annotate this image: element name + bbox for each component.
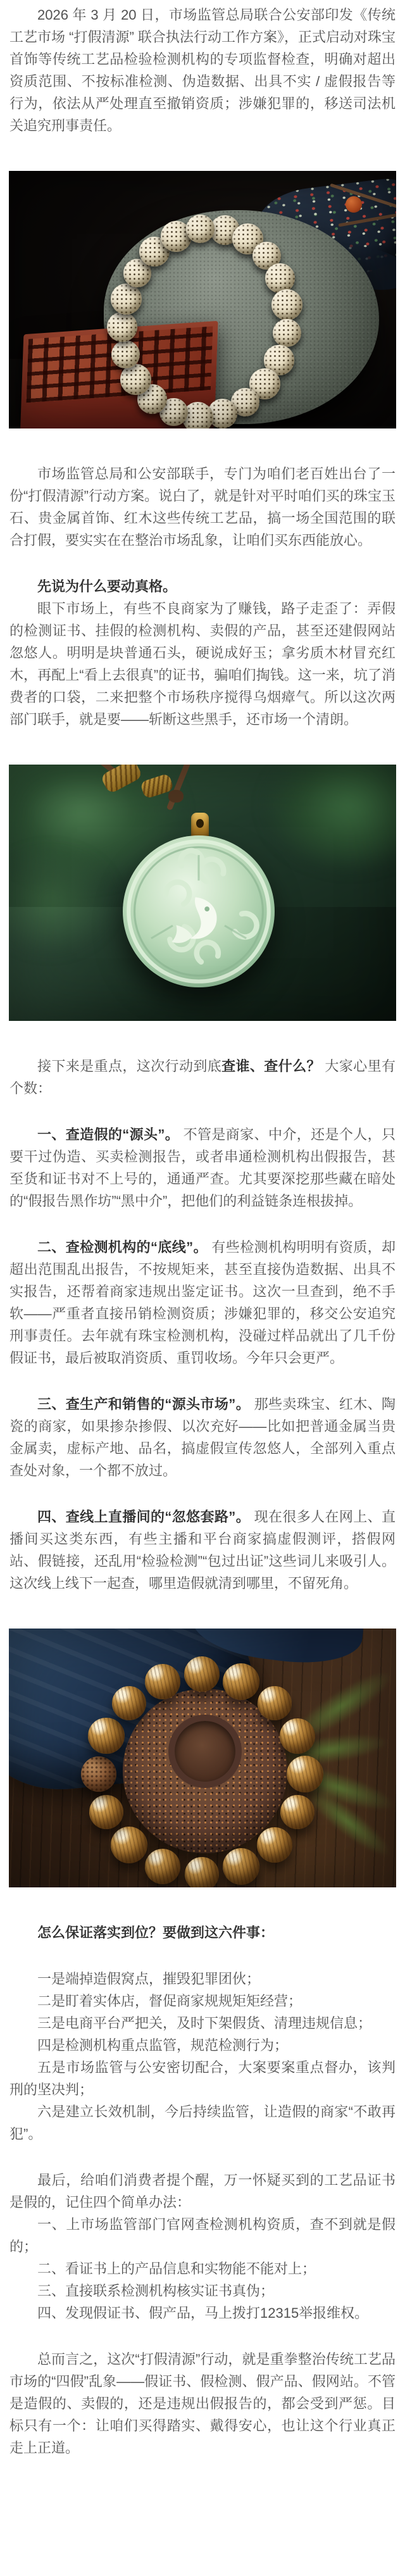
wood-bead xyxy=(280,1795,315,1829)
text-run: 眼下市场上，有些不良商家为了赚钱，路子走歪了：弄假的检测证书、挂假的检测机构、卖… xyxy=(9,601,396,727)
consumer-tips-intro: 最后，给咱们消费者提个醒，万一怀疑买到的工艺品证书是假的，记住四个简单办法： xyxy=(9,2169,396,2213)
bodhi-bead xyxy=(271,289,302,320)
intro-paragraph: 2026 年 3 月 20 日，市场监管总局联合公安部印发《传统工艺市场 “打假… xyxy=(9,4,396,137)
plan-summary-paragraph: 市场监管总局和公安部联手，专门为咱们老百姓出台了一份“打假清源”行动方案。说白了… xyxy=(9,463,396,551)
tip-item-2: 二、看证书上的产品信息和实物能不能对上； xyxy=(9,2258,396,2280)
article-body: 2026 年 3 月 20 日，市场监管总局联合公安部印发《传统工艺市场 “打假… xyxy=(0,0,405,2459)
closing-paragraph: 总而言之，这次“打假清源”行动，就是重拳整治传统工艺品市场的“四假”乱象——假证… xyxy=(9,2348,396,2459)
text-run: 市场监管总局和公安部联手，专门为咱们老百姓出台了一份“打假清源”行动方案。说白了… xyxy=(9,466,396,548)
jade-pendant xyxy=(123,835,275,987)
bodhi-bead xyxy=(111,341,140,369)
measure-item-6: 六是建立长效机制，今后持续监管，让造假的商家“不敢再犯”。 xyxy=(9,2101,396,2145)
wood-bead xyxy=(258,1686,292,1720)
moss-blur xyxy=(262,765,396,872)
text-run: 五是市场监管与公安密切配合，大案要案重点督办，该判刑的坚决判； xyxy=(9,2060,396,2098)
wood-bead xyxy=(223,1848,259,1885)
wood-bead xyxy=(145,1664,180,1699)
text-run: 最后，给咱们消费者提个醒，万一怀疑买到的工艺品证书是假的，记住四个简单办法： xyxy=(9,2172,396,2210)
text-group-why: 市场监管总局和公安部联手，专门为咱们老百姓出台了一份“打假清源”行动方案。说白了… xyxy=(0,463,405,730)
section-heading-why: 先说为什么要动真格。 xyxy=(9,575,396,597)
target-4-paragraph: 四、查线上直播间的“忽悠套路”。 现在很多人在网上、直播间买这类东西，有些主播和… xyxy=(9,1506,396,1594)
bold-text: 怎么保证落实到位？要做到这六件事： xyxy=(37,1925,274,1941)
text-run: 总而言之，这次“打假清源”行动，就是重拳整治传统工艺品市场的“四假”乱象——假证… xyxy=(9,2351,396,2456)
focus-intro-paragraph: 接下来是重点，这次行动到底查谁、查什么？ 大家心里有个数： xyxy=(9,1055,396,1099)
wood-bead xyxy=(223,1663,259,1700)
measure-item-3: 三是电商平台严把关，及时下架假货、清理违规信息； xyxy=(9,2012,396,2034)
text-group-measures: 怎么保证落实到位？要做到这六件事：一是端掉造假窝点，摧毁犯罪团伙；二是盯着实体店… xyxy=(0,1922,405,2459)
measure-item-2: 二是盯着实体店，督促商家规规矩矩经营； xyxy=(9,1990,396,2012)
text-run: 六是建立长效机制，今后持续监管，让造假的商家“不敢再犯”。 xyxy=(9,2104,396,2142)
bodhi-bead xyxy=(120,364,151,395)
wood-bead xyxy=(88,1718,125,1754)
section-heading-how: 怎么保证落实到位？要做到这六件事： xyxy=(9,1922,396,1944)
bold-text: 三、查生产和销售的“源头市场”。 xyxy=(37,1396,250,1412)
wood-bead xyxy=(287,1756,323,1792)
text-run: 三、直接联系检测机构核实证书真伪； xyxy=(37,2283,274,2299)
target-1-paragraph: 一、查造假的“源头”。 不管是商家、中介，还是个人，只要干过伪造、买卖检测报告，… xyxy=(9,1123,396,1212)
photo-wood-bracelet[interactable] xyxy=(9,1629,396,1887)
wood-bead xyxy=(112,1686,146,1720)
bodhi-bead xyxy=(265,263,295,293)
bodhi-bead xyxy=(186,215,215,243)
text-run: 四是检测机构重点监管，规范检测行为； xyxy=(37,2037,288,2053)
bold-text: 一、查造假的“源头”。 xyxy=(37,1127,179,1142)
why-paragraph: 眼下市场上，有些不良商家为了赚钱，路子走歪了：弄假的检测证书、挂假的检测机构、卖… xyxy=(9,597,396,730)
wood-bead xyxy=(81,1756,116,1792)
tip-item-3: 三、直接联系检测机构核实证书真伪； xyxy=(9,2280,396,2302)
target-3-paragraph: 三、查生产和销售的“源头市场”。 那些卖珠宝、红木、陶瓷的商家，如果掺杂掺假、以… xyxy=(9,1393,396,1482)
text-run: 三是电商平台严把关，及时下架假货、清理违规信息； xyxy=(37,2015,371,2031)
wood-bead xyxy=(145,1849,180,1884)
bold-text: 查谁、查什么？ xyxy=(221,1058,321,1074)
target-2-paragraph: 二、查检测机构的“底线”。 有些检测机构明明有资质，却超出范围乱出报告，不按规矩… xyxy=(9,1236,396,1369)
measure-item-5: 五是市场监管与公安密切配合，大案要案重点督办，该判刑的坚决判； xyxy=(9,2056,396,2101)
wood-bead-ring xyxy=(9,1629,396,1887)
text-group-intro: 2026 年 3 月 20 日，市场监管总局联合公安部印发《传统工艺市场 “打假… xyxy=(0,4,405,137)
text-run: 二是盯着实体店，督促商家规规矩矩经营； xyxy=(37,1993,302,2009)
text-run: 四、发现假证书、假产品，马上拨打12315举报维权。 xyxy=(37,2305,368,2321)
wood-bead xyxy=(89,1795,123,1829)
wood-bead xyxy=(184,1656,220,1692)
jade-carving xyxy=(123,835,275,987)
bold-text: 二、查检测机构的“底线”。 xyxy=(37,1239,208,1255)
bodhi-bead xyxy=(273,319,301,347)
text-run: 一、上市场监管部门官网查检测机构资质，查不到就是假的； xyxy=(9,2216,396,2254)
article-page: 2026 年 3 月 20 日，市场监管总局联合公安部印发《传统工艺市场 “打假… xyxy=(0,0,405,2576)
wood-bead xyxy=(185,1857,219,1887)
photo-jade-pendant[interactable] xyxy=(9,765,396,1021)
text-run: 有些检测机构明明有资质，却超出范围乱出报告，不按规矩来，甚至直接伪造数据、出具不… xyxy=(9,1239,396,1366)
photo-bodhi-bracelet[interactable] xyxy=(9,171,396,428)
text-group-targets: 接下来是重点，这次行动到底查谁、查什么？ 大家心里有个数：一、查造假的“源头”。… xyxy=(0,1055,405,1594)
bodhi-bead xyxy=(107,312,137,342)
bodhi-bead-ring xyxy=(9,171,396,428)
tip-item-4: 四、发现假证书、假产品，马上拨打12315举报维权。 xyxy=(9,2302,396,2324)
cord-knot xyxy=(168,790,184,803)
measure-item-4: 四是检测机构重点监管，规范检测行为； xyxy=(9,2034,396,2056)
text-run: 2026 年 3 月 20 日，市场监管总局联合公安部印发《传统工艺市场 “打假… xyxy=(9,7,396,134)
bold-text: 先说为什么要动真格。 xyxy=(37,578,177,594)
wood-bead xyxy=(257,1827,292,1863)
tip-item-1: 一、上市场监管部门官网查检测机构资质，查不到就是假的； xyxy=(9,2213,396,2258)
measure-item-1: 一是端掉造假窝点，摧毁犯罪团伙； xyxy=(9,1968,396,1990)
text-run: 二、看证书上的产品信息和实物能不能对上； xyxy=(37,2261,316,2277)
text-run: 一是端掉造假窝点，摧毁犯罪团伙； xyxy=(37,1971,260,1987)
text-run: 接下来是重点，这次行动到底 xyxy=(37,1058,221,1074)
bold-text: 四、查线上直播间的“忽悠套路”。 xyxy=(37,1509,250,1525)
wood-bead xyxy=(111,1827,147,1863)
bodhi-bead xyxy=(111,284,142,315)
wood-bead xyxy=(280,1718,315,1754)
